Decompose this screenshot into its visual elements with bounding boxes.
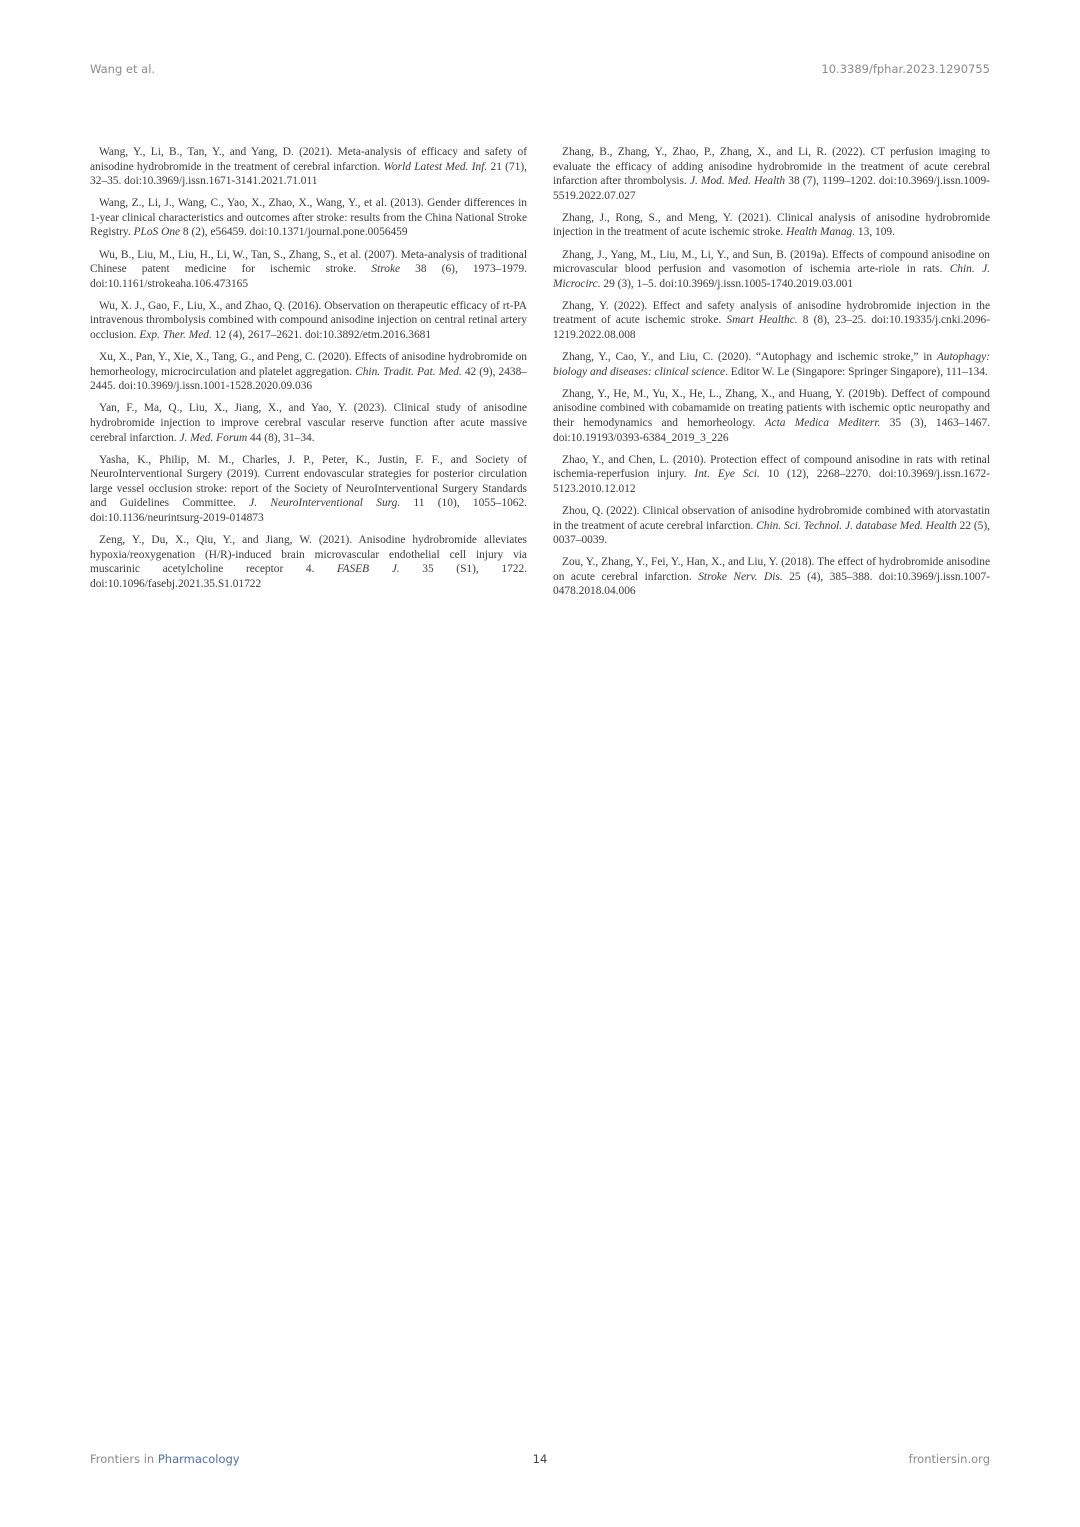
doi-header[interactable]: 10.3389/fphar.2023.1290755 [821,62,990,76]
running-author: Wang et al. [90,62,155,76]
journal-title: Health Manag. [786,226,855,238]
reference-entry: Zhou, Q. (2022). Clinical observation of… [553,504,990,548]
reference-entry: Xu, X., Pan, Y., Xie, X., Tang, G., and … [90,350,527,394]
reference-entry: Zhang, Y. (2022). Effect and safety anal… [553,299,990,343]
reference-entry: Zhao, Y., and Chen, L. (2010). Protectio… [553,453,990,497]
journal-title: Exp. Ther. Med. [139,329,211,341]
reference-entry: Wu, X. J., Gao, F., Liu, X., and Zhao, Q… [90,299,527,343]
journal-title: Stroke Nerv. Dis. [698,571,783,583]
journal-title: Int. Eye Sci. [694,468,759,480]
references-column-left: Wang, Y., Li, B., Tan, Y., and Yang, D. … [90,145,527,599]
reference-entry: Zhang, J., Rong, S., and Meng, Y. (2021)… [553,211,990,240]
journal-title: PLoS One [134,226,181,238]
journal-title: J. NeuroInterventional Surg. [249,497,400,509]
journal-title: Acta Medica Mediterr. [765,417,881,429]
reference-entry: Wu, B., Liu, M., Liu, H., Li, W., Tan, S… [90,248,527,292]
reference-entry: Zhang, B., Zhang, Y., Zhao, P., Zhang, X… [553,145,990,203]
reference-entry: Zou, Y., Zhang, Y., Fei, Y., Han, X., an… [553,555,990,599]
journal-title: J. Mod. Med. Health [690,175,785,187]
reference-entry: Zhang, J., Yang, M., Liu, M., Li, Y., an… [553,248,990,292]
site-link[interactable]: frontiersin.org [909,1452,990,1466]
references-column-right: Zhang, B., Zhang, Y., Zhao, P., Zhang, X… [553,145,990,607]
reference-entry: Zhang, Y., He, M., Yu, X., He, L., Zhang… [553,387,990,445]
reference-entry: Wang, Y., Li, B., Tan, Y., and Yang, D. … [90,145,527,189]
reference-entry: Zeng, Y., Du, X., Qiu, Y., and Jiang, W.… [90,533,527,591]
journal-title: Chin. Sci. Technol. J. database Med. Hea… [756,520,957,532]
journal-title: World Latest Med. Inf. [384,161,488,173]
reference-entry: Yan, F., Ma, Q., Liu, X., Jiang, X., and… [90,401,527,445]
reference-entry: Zhang, Y., Cao, Y., and Liu, C. (2020). … [553,350,990,379]
journal-title: Smart Healthc. [726,314,797,326]
journal-title: Chin. Tradit. Pat. Med. [355,366,462,378]
reference-entry: Yasha, K., Philip, M. M., Charles, J. P.… [90,453,527,526]
reference-entry: Wang, Z., Li, J., Wang, C., Yao, X., Zha… [90,196,527,240]
journal-title: FASEB J. [337,563,400,575]
journal-title: J. Med. Forum [180,432,248,444]
page-number: 14 [90,1452,990,1466]
journal-title: Stroke [371,263,400,275]
